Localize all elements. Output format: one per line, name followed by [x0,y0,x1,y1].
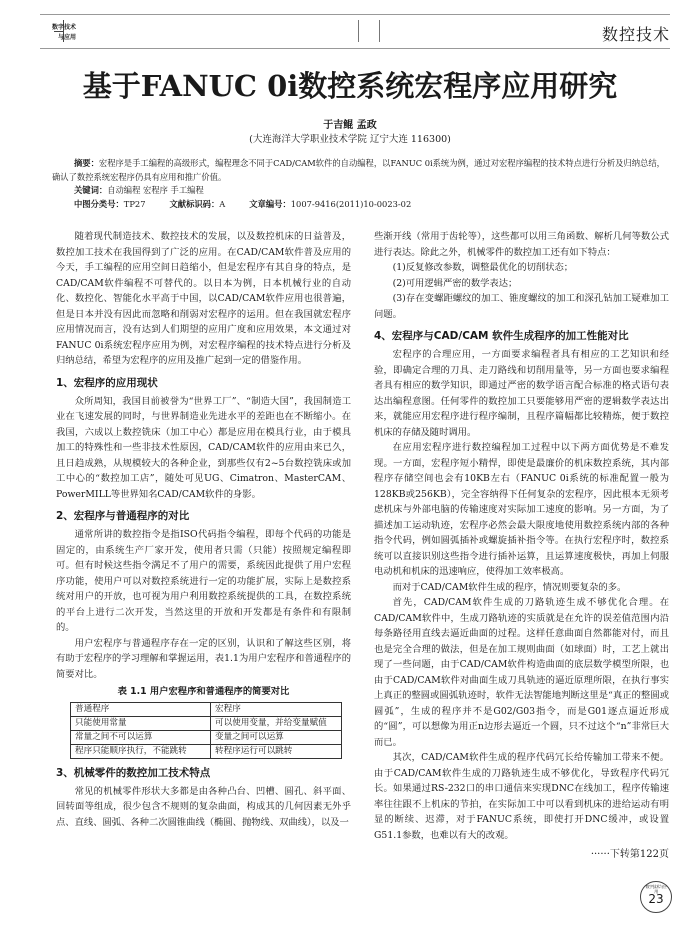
continued-on-page: ······下转第122页 [374,847,669,863]
magazine-name-line1: 数字技术 [52,23,76,33]
table-header-cell: 宏程序 [211,702,342,716]
abstract: 摘要：宏程序是手工编程的高级形式，编程理念不同于CAD/CAM软件的自动编程，以… [52,157,672,184]
magazine-name-line2: 与应用 [52,33,76,43]
section-4-paragraph-1: 宏程序的合理应用，一方面要求编程者具有相应的工艺知识和经验，即确定合理的刀具、走… [374,347,669,440]
section-4-paragraph-2: 在应用宏程序进行数控编程加工过程中以下两方面优势是不难发现。一方面，宏程序短小精… [374,440,669,580]
abstract-block: 摘要：宏程序是手工编程的高级形式，编程理念不同于CAD/CAM软件的自动编程，以… [52,157,672,211]
feature-item-2: (2)可用逻辑严密的数学表达； [374,276,669,292]
article-no-value: 1007-9416(2011)10-0023-02 [291,199,411,209]
header-divider-bars [358,20,380,42]
left-column: 随着现代制造技术、数控技术的发展，以及数控机床的日益普及，数控加工技术在我国得到… [56,229,351,830]
right-column: 些渐开线（常用于齿轮等），这些都可以用三角函数、解析几何等数公式进行表达。除此之… [374,229,669,863]
section-4-paragraph-5: 其次，CAD/CAM软件生成的程序代码冗长给传输加工带来不便。由于CAD/CAM… [374,750,669,843]
running-header: 数字技术 与应用 数控技术 [40,14,670,50]
clc-value: TP27 [124,199,146,209]
feature-item-3: (3)存在变螺距螺纹的加工、锥度螺纹的加工和深孔钻加工疑难加工问题。 [374,291,669,322]
keywords-label: 关键词： [74,185,107,195]
section-2-heading: 2、宏程序与普通程序的对比 [56,509,351,524]
section-2-paragraph-1: 通常所讲的数控指令是指ISO代码指令编程，即每个代码的功能是固定的，由系统生产厂… [56,527,351,636]
table-cell: 可以使用变量，并给变量赋值 [211,716,342,730]
section-name: 数控技术 [602,22,670,45]
article-authors: 于吉鲲 孟政 [0,116,700,131]
table-cell: 转程序运行可以跳转 [211,744,342,758]
table-caption: 表 1.1 用户宏程序和普通程序的简要对比 [56,684,351,700]
doc-code-value: A [219,199,225,209]
table-cell: 程序只能顺序执行，不能跳转 [71,744,211,758]
section-4-paragraph-4: 首先，CAD/CAM软件生成的刀路轨迹生成不够优化合理。在CAD/CAM软件中，… [374,595,669,750]
section-3-continued: 些渐开线（常用于齿轮等），这些都可以用三角函数、解析几何等数公式进行表达。除此之… [374,229,669,260]
doc-code-label: 文献标识码： [169,199,219,209]
section-3-heading: 3、机械零件的数控加工技术特点 [56,766,351,781]
table-row: 只能使用常量 可以使用变量，并给变量赋值 [71,716,342,730]
intro-paragraph: 随着现代制造技术、数控技术的发展，以及数控机床的日益普及，数控加工技术在我国得到… [56,229,351,369]
keywords-text: 自动编程 宏程序 手工编程 [107,185,204,195]
classification-line: 中图分类号：TP27文献标识码：A文章编号：1007-9416(2011)10-… [52,198,672,212]
section-4-heading: 4、宏程序与CAD/CAM 软件生成程序的加工性能对比 [374,329,669,344]
section-4-paragraph-3: 而对于CAD/CAM软件生成的程序，情况则要复杂的多。 [374,580,669,596]
table-row: 常量之间不可以运算 变量之间可以运算 [71,730,342,744]
article-no-label: 文章编号： [249,199,291,209]
table-cell: 变量之间可以运算 [211,730,342,744]
section-2-paragraph-2: 用户宏程序与普通程序存在一定的区别，认识和了解这些区别，将有助于宏程序的学习理解… [56,636,351,683]
header-rule-top [40,14,670,15]
section-1-heading: 1、宏程序的应用现状 [56,376,351,391]
feature-item-1: (1)反复修改参数，调整最优化的切削状态； [374,260,669,276]
abstract-label: 摘要： [74,158,99,168]
clc-label: 中图分类号： [74,199,124,209]
page-number-badge: 数字技术与应用 23 [640,881,672,913]
table-header-row: 普通程序 宏程序 [71,702,342,716]
section-1-paragraph: 众所周知，我国目前被誉为“世界工厂”、“制造大国”，我国制造工业在飞速发展的同时… [56,394,351,503]
table-row: 程序只能顺序执行，不能跳转 转程序运行可以跳转 [71,744,342,758]
table-cell: 常量之间不可以运算 [71,730,211,744]
abstract-text: 宏程序是手工编程的高级形式，编程理念不同于CAD/CAM软件的自动编程，以FAN… [52,158,665,182]
section-3-paragraph: 常见的机械零件形状大多都是由各种凸台、凹槽、圆孔、斜平面、回转面等组成，很少包含… [56,784,351,831]
header-rule-bottom [40,48,670,49]
table-header-cell: 普通程序 [71,702,211,716]
page-number: 23 [641,892,671,906]
comparison-table: 普通程序 宏程序 只能使用常量 可以使用变量，并给变量赋值 常量之间不可以运算 … [70,702,342,759]
magazine-logo: 数字技术 与应用 [52,23,76,43]
article-affiliation: (大连海洋大学职业技术学院 辽宁大连 116300) [0,131,700,145]
article-title: 基于FANUC 0i数控系统宏程序应用研究 [0,64,700,105]
table-cell: 只能使用常量 [71,716,211,730]
keywords: 关键词：自动编程 宏程序 手工编程 [52,184,672,198]
